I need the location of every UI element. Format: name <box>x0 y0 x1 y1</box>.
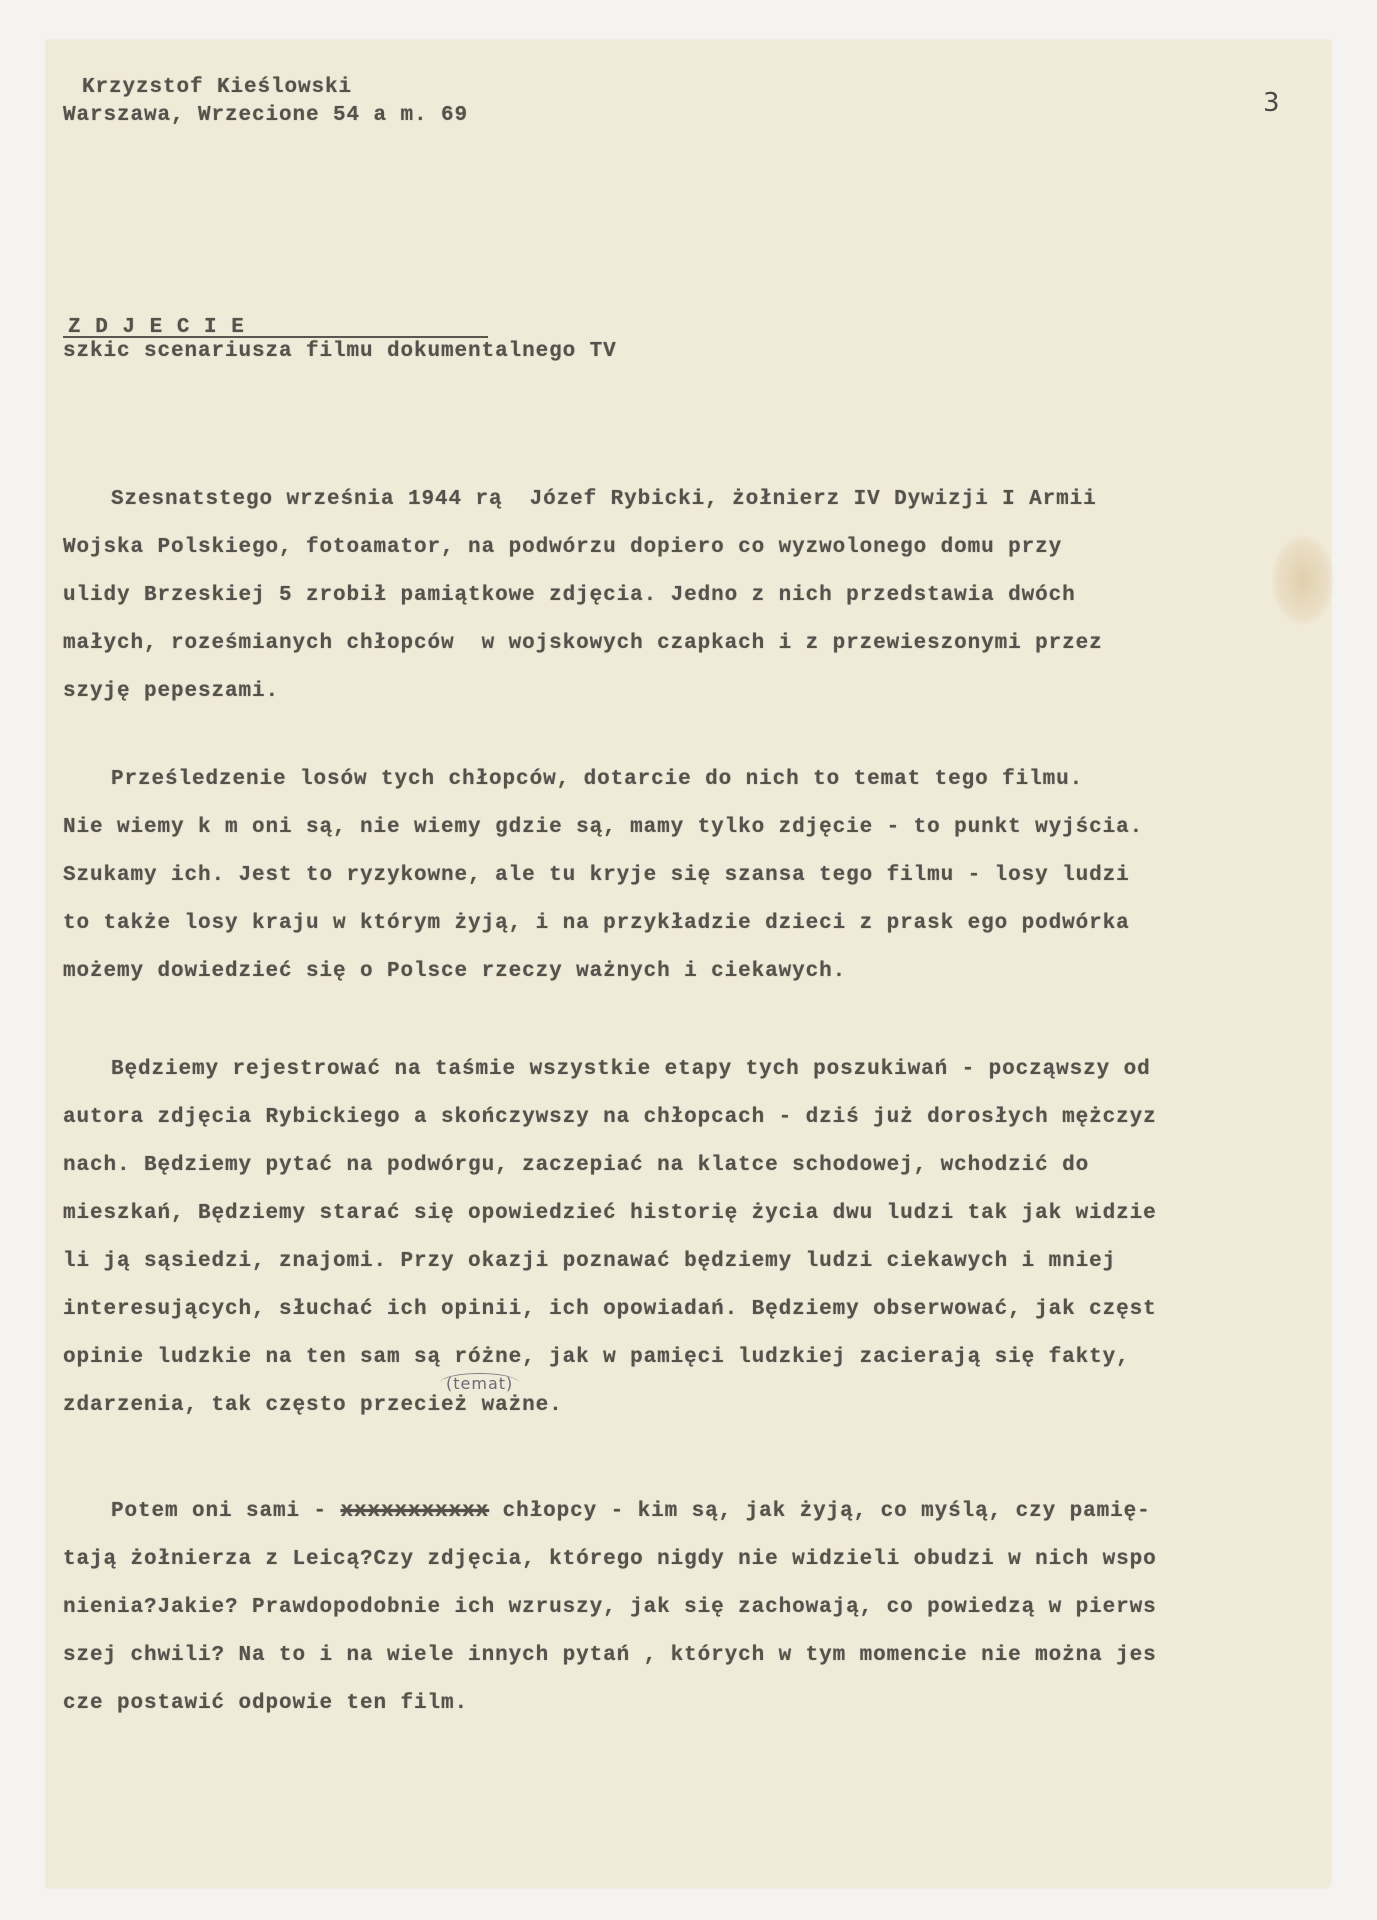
text-line: szyję pepeszami. <box>63 680 279 703</box>
text-line: cze postawić odpowie ten film. <box>63 1692 468 1715</box>
text-line: Nie wiemy k m oni są, nie wiemy gdzie są… <box>63 816 1143 839</box>
text-line: małych, roześmianych chłopców w wojskowy… <box>63 632 1103 655</box>
text-line: zdarzenia, tak często przecież ważne. <box>63 1394 563 1417</box>
author-address: Warszawa, Wrzecione 54 a m. 69 <box>63 104 468 127</box>
text-line: mieszkań, Będziemy starać się opowiedzie… <box>63 1202 1157 1225</box>
handwritten-insert: (temat) <box>440 1373 519 1393</box>
text-line: autora zdjęcia Rybickiego a skończywszy … <box>63 1106 1157 1129</box>
struck-out-word: xxxxxxxxxxx <box>341 1500 490 1523</box>
document-subtitle: szkic scenariusza filmu dokumentalnego T… <box>63 340 617 363</box>
text-line: nienia?Jakie? Prawdopodobnie ich wzruszy… <box>63 1596 1157 1619</box>
handwritten-page-number: 3 <box>1263 88 1280 118</box>
text-line: Potem oni sami - xxxxxxxxxxx chłopcy - k… <box>111 1500 1151 1523</box>
text-line: opinie ludzkie na ten sam są różne, jak … <box>63 1346 1130 1369</box>
text-line: to także losy kraju w którym żyją, i na … <box>63 912 1130 935</box>
text-line: li ją sąsiedzi, znajomi. Przy okazji poz… <box>63 1250 1116 1273</box>
title-underline <box>63 336 488 338</box>
text-line: ulidy Brzeskiej 5 zrobił pamiątkowe zdję… <box>63 584 1076 607</box>
text-line: Wojska Polskiego, fotoamator, na podwórz… <box>63 536 1062 559</box>
text-line: możemy dowiedzieć się o Polsce rzeczy wa… <box>63 960 846 983</box>
text-line: Szukamy ich. Jest to ryzykowne, ale tu k… <box>63 864 1130 887</box>
text-line: nach. Będziemy pytać na podwórgu, zaczep… <box>63 1154 1089 1177</box>
text-line: tają żołnierza z Leicą?Czy zdjęcia, któr… <box>63 1548 1157 1571</box>
text-line: interesujących, słuchać ich opinii, ich … <box>63 1298 1157 1321</box>
text-line: Szesnatstego września 1944 rą Józef Rybi… <box>111 488 1097 511</box>
line-start: Potem oni sami - <box>111 1500 341 1523</box>
line-rest: chłopcy - kim są, jak żyją, co myślą, cz… <box>489 1500 1151 1523</box>
text-line: szej chwili? Na to i na wiele innych pyt… <box>63 1644 1157 1667</box>
text-line: Będziemy rejestrować na taśmie wszystkie… <box>111 1058 1151 1081</box>
paper-stain <box>1272 535 1334 625</box>
author-name: Krzyzstof Kieślowski <box>82 76 352 99</box>
text-line: Prześledzenie losów tych chłopców, dotar… <box>111 768 1083 791</box>
